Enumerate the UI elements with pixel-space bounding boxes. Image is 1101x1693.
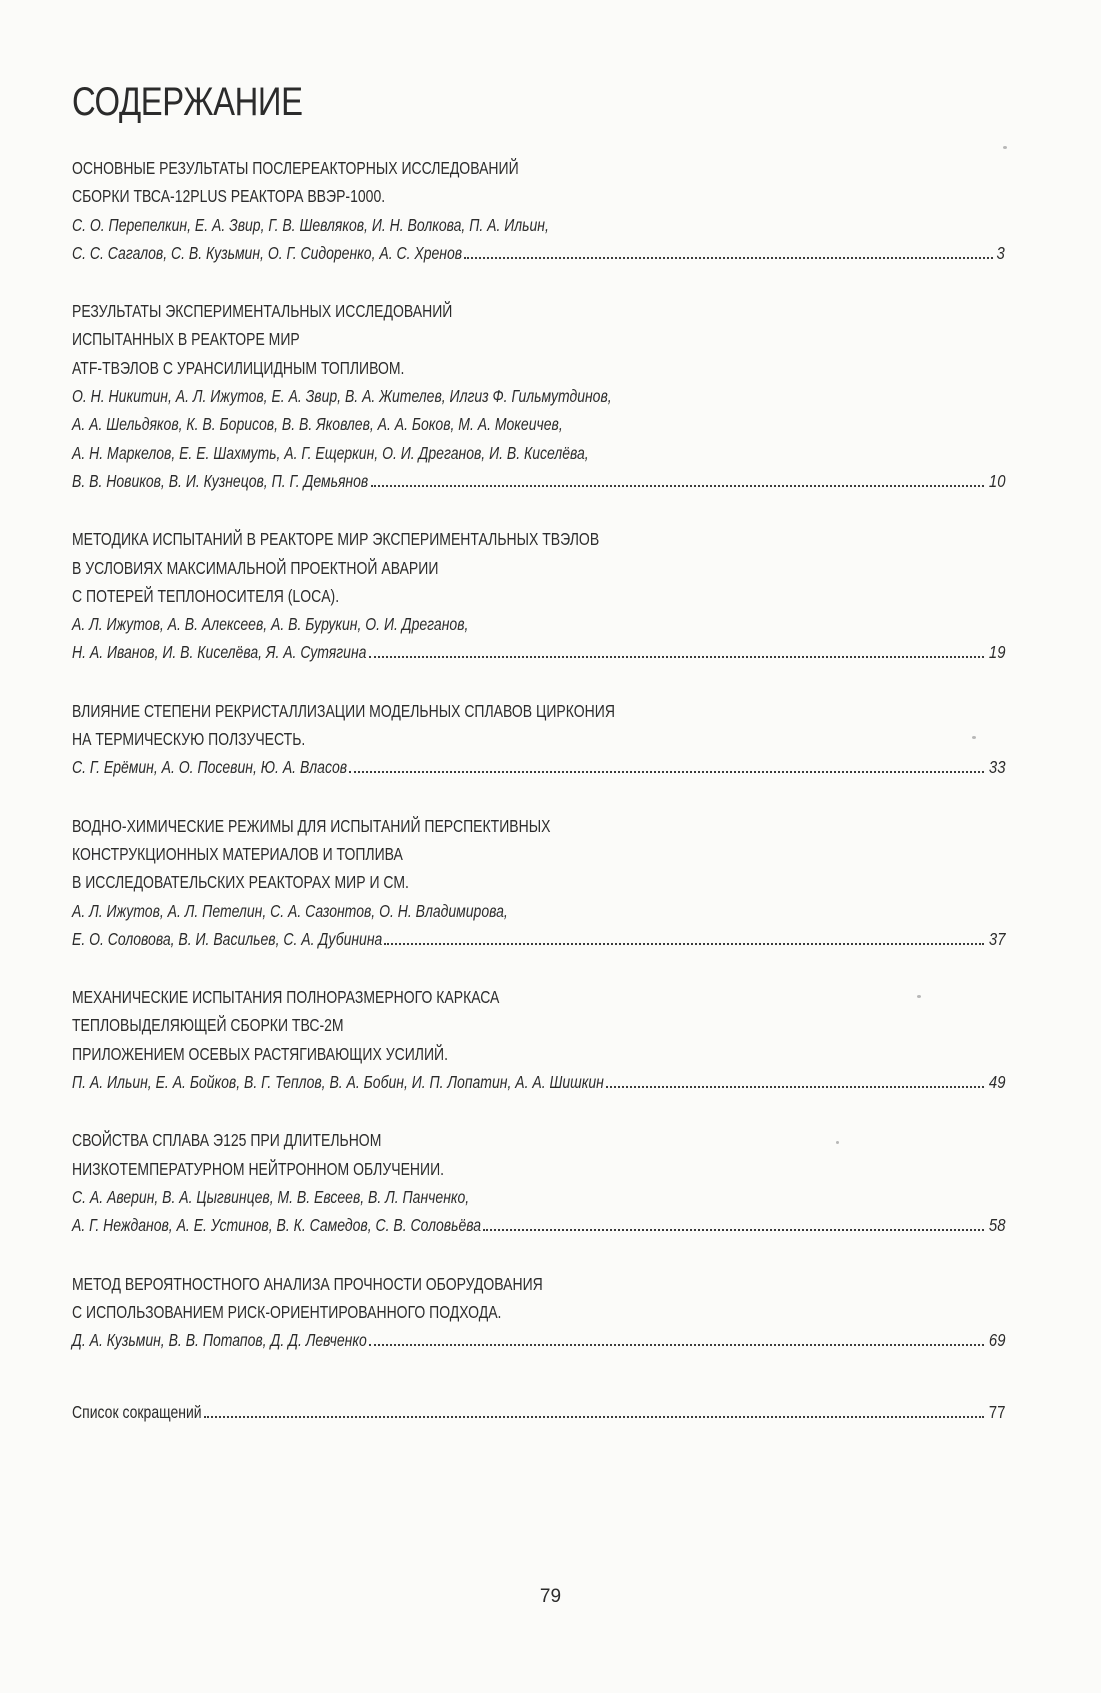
entry-title-line: ATF-ТВЭЛОВ С УРАНСИЛИЦИДНЫМ ТОПЛИВОМ. [72,354,818,382]
entry-leader-line: Е. О. Соловова, В. И. Васильев, С. А. Ду… [72,925,1005,953]
entry-title-line: НИЗКОТЕМПЕРАТУРНОМ НЕЙТРОННОМ ОБЛУЧЕНИИ. [72,1155,818,1183]
page-number: 77 [988,1398,1005,1426]
entry-title-line: НА ТЕРМИЧЕСКУЮ ПОЛЗУЧЕСТЬ. [72,725,818,753]
scan-speck [1003,146,1007,149]
toc-entry[interactable]: РЕЗУЛЬТАТЫ ЭКСПЕРИМЕНТАЛЬНЫХ ИССЛЕДОВАНИ… [72,297,1005,495]
entry-authors-last-line: А. Г. Нежданов, А. Е. Устинов, В. К. Сам… [72,1211,481,1239]
dot-leader [606,1085,984,1088]
toc-entry[interactable]: МЕХАНИЧЕСКИЕ ИСПЫТАНИЯ ПОЛНОРАЗМЕРНОГО К… [72,983,1005,1096]
entry-leader-line: С. С. Сагалов, С. В. Кузьмин, О. Г. Сидо… [72,239,1005,267]
entry-authors-last-line: С. С. Сагалов, С. В. Кузьмин, О. Г. Сидо… [72,239,462,267]
page-title: СОДЕРЖАНИЕ [72,80,303,125]
toc-entry[interactable]: МЕТОД ВЕРОЯТНОСТНОГО АНАЛИЗА ПРОЧНОСТИ О… [72,1270,1005,1355]
entry-title-line: ТЕПЛОВЫДЕЛЯЮЩЕЙ СБОРКИ ТВС-2М [72,1011,818,1039]
entry-leader-line: В. В. Новиков, В. И. Кузнецов, П. Г. Дем… [72,467,1005,495]
scan-speck [972,736,976,739]
toc-entry[interactable]: ВЛИЯНИЕ СТЕПЕНИ РЕКРИСТАЛЛИЗАЦИИ МОДЕЛЬН… [72,697,1005,782]
entry-title-line: СБОРКИ ТВСА-12PLUS РЕАКТОРА ВВЭР-1000. [72,182,818,210]
entry-authors-last-line: Д. А. Кузьмин, В. В. Потапов, Д. Д. Левч… [72,1326,367,1354]
toc-entry[interactable]: МЕТОДИКА ИСПЫТАНИЙ В РЕАКТОРЕ МИР ЭКСПЕР… [72,525,1005,666]
abbreviations-label: Список сокращений [72,1398,202,1426]
toc-entries: ОСНОВНЫЕ РЕЗУЛЬТАТЫ ПОСЛЕРЕАКТОРНЫХ ИССЛ… [72,154,1005,1354]
entry-authors-line: А. Л. Ижутов, А. Л. Петелин, С. А. Сазон… [72,897,818,925]
page-number: 10 [988,467,1005,495]
entry-title-line: С ПОТЕРЕЙ ТЕПЛОНОСИТЕЛЯ (LOCA). [72,582,818,610]
page-number: 37 [988,925,1005,953]
entry-authors-line: О. Н. Никитин, А. Л. Ижутов, Е. А. Звир,… [72,382,818,410]
dot-leader [464,256,994,259]
entry-authors-last-line: С. Г. Ерёмин, А. О. Посевин, Ю. А. Власо… [72,753,347,781]
page-number: 19 [988,638,1005,666]
page-number: 58 [988,1211,1005,1239]
scan-speck [836,1141,839,1144]
entry-authors-last-line: Е. О. Соловова, В. И. Васильев, С. А. Ду… [72,925,382,953]
entry-title-line: МЕТОДИКА ИСПЫТАНИЙ В РЕАКТОРЕ МИР ЭКСПЕР… [72,525,818,553]
page-number: 33 [988,753,1005,781]
entry-leader-line: Д. А. Кузьмин, В. В. Потапов, Д. Д. Левч… [72,1326,1005,1354]
entry-title-line: С ИСПОЛЬЗОВАНИЕМ РИСК-ОРИЕНТИРОВАННОГО П… [72,1298,818,1326]
entry-authors-line: А. Н. Маркелов, Е. Е. Шахмуть, А. Г. Еще… [72,439,818,467]
entry-authors-line: С. А. Аверин, В. А. Цыгвинцев, М. В. Евс… [72,1183,818,1211]
entry-authors-last-line: В. В. Новиков, В. И. Кузнецов, П. Г. Дем… [72,467,368,495]
entry-title-line: ВОДНО-ХИМИЧЕСКИЕ РЕЖИМЫ ДЛЯ ИСПЫТАНИЙ ПЕ… [72,812,818,840]
dot-leader [369,655,984,658]
dot-leader [369,1343,983,1346]
toc-entry[interactable]: ОСНОВНЫЕ РЕЗУЛЬТАТЫ ПОСЛЕРЕАКТОРНЫХ ИССЛ… [72,154,1005,267]
toc-entry[interactable]: ВОДНО-ХИМИЧЕСКИЕ РЕЖИМЫ ДЛЯ ИСПЫТАНИЙ ПЕ… [72,812,1005,953]
entry-title-line: В ИССЛЕДОВАТЕЛЬСКИХ РЕАКТОРАХ МИР И СМ. [72,868,818,896]
entry-title-line: КОНСТРУКЦИОННЫХ МАТЕРИАЛОВ И ТОПЛИВА [72,840,818,868]
entry-authors-line: А. А. Шельдяков, К. В. Борисов, В. В. Як… [72,410,818,438]
dot-leader [204,1415,984,1418]
page-number: 69 [988,1326,1005,1354]
entry-title-line: ИСПЫТАННЫХ В РЕАКТОРЕ МИР [72,325,818,353]
dot-leader [483,1228,983,1231]
page-number: 49 [988,1068,1005,1096]
entry-leader-line: А. Г. Нежданов, А. Е. Устинов, В. К. Сам… [72,1211,1005,1239]
entry-title-line: ПРИЛОЖЕНИЕМ ОСЕВЫХ РАСТЯГИВАЮЩИХ УСИЛИЙ. [72,1040,818,1068]
table-of-contents: ОСНОВНЫЕ РЕЗУЛЬТАТЫ ПОСЛЕРЕАКТОРНЫХ ИССЛ… [72,154,1005,1427]
entry-title-line: ВЛИЯНИЕ СТЕПЕНИ РЕКРИСТАЛЛИЗАЦИИ МОДЕЛЬН… [72,697,818,725]
entry-title-line: ОСНОВНЫЕ РЕЗУЛЬТАТЫ ПОСЛЕРЕАКТОРНЫХ ИССЛ… [72,154,818,182]
dot-leader [349,770,984,773]
entry-authors-last-line: Н. А. Иванов, И. В. Киселёва, Я. А. Сутя… [72,638,366,666]
entry-title-line: В УСЛОВИЯХ МАКСИМАЛЬНОЙ ПРОЕКТНОЙ АВАРИИ [72,554,818,582]
page-folio: 79 [0,1586,1101,1608]
entry-leader-line: Н. А. Иванов, И. В. Киселёва, Я. А. Сутя… [72,638,1005,666]
scan-speck [917,995,921,998]
entry-authors-line: С. О. Перепелкин, Е. А. Звир, Г. В. Шевл… [72,211,818,239]
entry-title-line: МЕТОД ВЕРОЯТНОСТНОГО АНАЛИЗА ПРОЧНОСТИ О… [72,1270,818,1298]
entry-leader-line: П. А. Ильин, Е. А. Бойков, В. Г. Теплов,… [72,1068,1005,1096]
entry-title-line: МЕХАНИЧЕСКИЕ ИСПЫТАНИЯ ПОЛНОРАЗМЕРНОГО К… [72,983,818,1011]
toc-entry-abbreviations[interactable]: Список сокращений 77 [72,1398,1005,1426]
entry-authors-line: А. Л. Ижутов, А. В. Алексеев, А. В. Буру… [72,610,818,638]
toc-entry[interactable]: СВОЙСТВА СПЛАВА Э125 ПРИ ДЛИТЕЛЬНОМНИЗКО… [72,1126,1005,1239]
page-number: 3 [997,239,1005,267]
entry-leader-line: С. Г. Ерёмин, А. О. Посевин, Ю. А. Власо… [72,753,1005,781]
entry-title-line: РЕЗУЛЬТАТЫ ЭКСПЕРИМЕНТАЛЬНЫХ ИССЛЕДОВАНИ… [72,297,818,325]
dot-leader [371,484,984,487]
entry-title-line: СВОЙСТВА СПЛАВА Э125 ПРИ ДЛИТЕЛЬНОМ [72,1126,818,1154]
entry-authors-last-line: П. А. Ильин, Е. А. Бойков, В. Г. Теплов,… [72,1068,604,1096]
dot-leader [384,942,983,945]
